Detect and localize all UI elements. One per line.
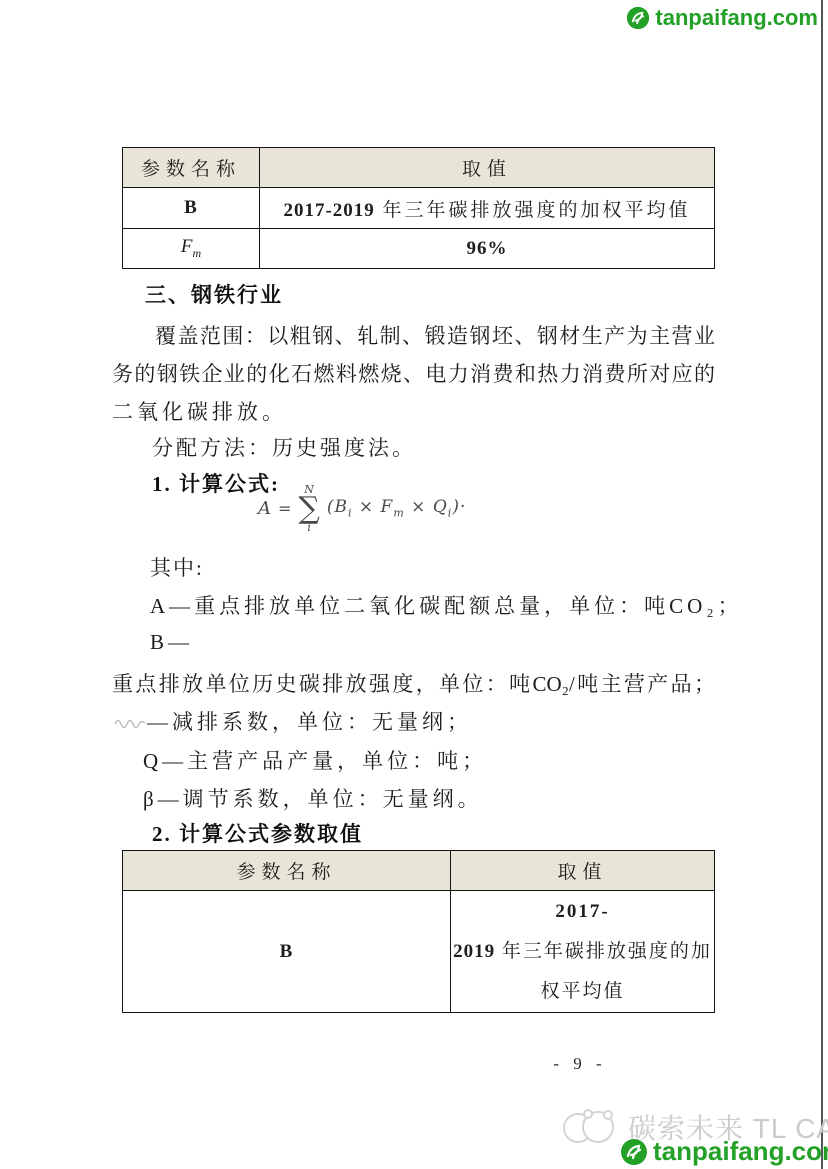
params-heading: 2. 计算公式参数取值 <box>152 818 363 848</box>
definition-q: Q—主营产品产量，单位：吨； <box>143 745 487 775</box>
definition-b-body: 重点排放单位历史碳排放强度，单位：吨CO₂/吨主营产品； <box>112 668 715 698</box>
leaf-circle-icon <box>620 1138 648 1166</box>
allocation-formula: A = N ∑ i (Bi × Fm × Qi)· <box>258 484 466 533</box>
table-row: 参数名称 取值 <box>123 851 715 891</box>
table1-value-b: 2017-2019 年三年碳排放强度的加权平均值 <box>260 188 715 229</box>
formula-rhs: (Bi × Fm × Qi)· <box>327 497 467 519</box>
table2-header-value: 取值 <box>451 851 715 891</box>
value-line-1: 2017- <box>451 892 714 932</box>
value-description: 年三年碳排放强度的加权平均值 <box>375 200 691 221</box>
value-line-3: 权平均值 <box>451 972 714 1012</box>
formula-equals: = <box>278 499 291 518</box>
rhs-t1: (B <box>327 497 348 517</box>
method-line: 分配方法：历史强度法。 <box>152 432 416 462</box>
value-line-2: 2019 年三年碳排放强度的加 <box>451 932 714 972</box>
table2-value-b: 2017- 2019 年三年碳排放强度的加 权平均值 <box>451 891 715 1013</box>
definition-f: —减排系数，单位：无量纲； <box>113 706 472 736</box>
section-heading: 三、钢铁行业 <box>145 279 283 309</box>
scope-paragraph-line2: 务的钢铁企业的化石燃料燃烧、电力消费和热力消费所对应的 <box>112 358 715 388</box>
tanpaifang-logo-text: tanpaifang.com <box>655 5 818 31</box>
definition-beta: β—调节系数，单位：无量纲。 <box>143 783 483 813</box>
sigma-icon: ∑ <box>298 495 319 522</box>
table1-header-param: 参数名称 <box>123 148 260 188</box>
table-row: 参数名称 取值 <box>123 148 715 188</box>
parameter-table-2: 参数名称 取值 B 2017- 2019 年三年碳排放强度的加 权平均值 <box>122 850 715 1013</box>
rhs-t2: × F <box>352 497 393 517</box>
table1-header-value: 取值 <box>260 148 715 188</box>
rhs-s2: m <box>393 507 404 520</box>
value-line2-text: 年三年碳排放强度的加 <box>495 941 712 962</box>
where-label: 其中: <box>150 552 204 582</box>
table1-param-b: B <box>123 188 260 229</box>
table2-header-param: 参数名称 <box>123 851 451 891</box>
definition-f-text: —减排系数，单位：无量纲； <box>147 710 472 734</box>
page-number: - 9 - <box>540 1054 620 1074</box>
tanpaifang-logo-top: tanpaifang.com <box>626 5 818 31</box>
leaf-circle-icon <box>626 6 650 30</box>
document-page: tanpaifang.com 参数名称 取值 B 2017-2019 年三年碳排… <box>0 0 828 1169</box>
scope-paragraph-line3: 二氧化碳排放。 <box>112 396 287 426</box>
tanpaifang-logo-text: tanpaifang.com <box>653 1136 828 1167</box>
rhs-t4: )· <box>452 497 466 517</box>
fm-base: F <box>181 236 193 257</box>
table-row: B 2017- 2019 年三年碳排放强度的加 权平均值 <box>123 891 715 1013</box>
rhs-t3: × Q <box>405 497 448 517</box>
table1-param-fm: Fm <box>123 229 260 269</box>
sum-lower-limit: i <box>307 522 311 533</box>
scope-paragraph-line1: 覆盖范围：以粗钢、轧制、锻造钢坯、钢材生产为主营业 <box>155 320 715 350</box>
table1-value-fm: 96% <box>260 229 715 269</box>
definition-a: A—重点排放单位二氧化碳配额总量，单位：吨CO₂； <box>150 590 743 620</box>
fm-subscript: m <box>192 246 201 260</box>
table2-param-b: B <box>123 891 451 1013</box>
panda-circles-icon <box>558 1106 622 1148</box>
formula-lhs: A <box>258 498 271 519</box>
table-row: Fm 96% <box>123 229 715 269</box>
value-line2-num: 2019 <box>453 941 495 962</box>
summation-symbol: N ∑ i <box>298 484 319 533</box>
table-row: B 2017-2019 年三年碳排放强度的加权平均值 <box>123 188 715 229</box>
tanpaifang-logo-bottom: tanpaifang.com <box>620 1136 828 1167</box>
illegible-symbol-icon <box>113 715 147 729</box>
value-year-range: 2017-2019 <box>283 200 374 221</box>
parameter-table-1: 参数名称 取值 B 2017-2019 年三年碳排放强度的加权平均值 Fm 96… <box>122 147 715 269</box>
definition-b-head: B— <box>150 630 193 655</box>
page-right-border <box>821 0 823 1169</box>
